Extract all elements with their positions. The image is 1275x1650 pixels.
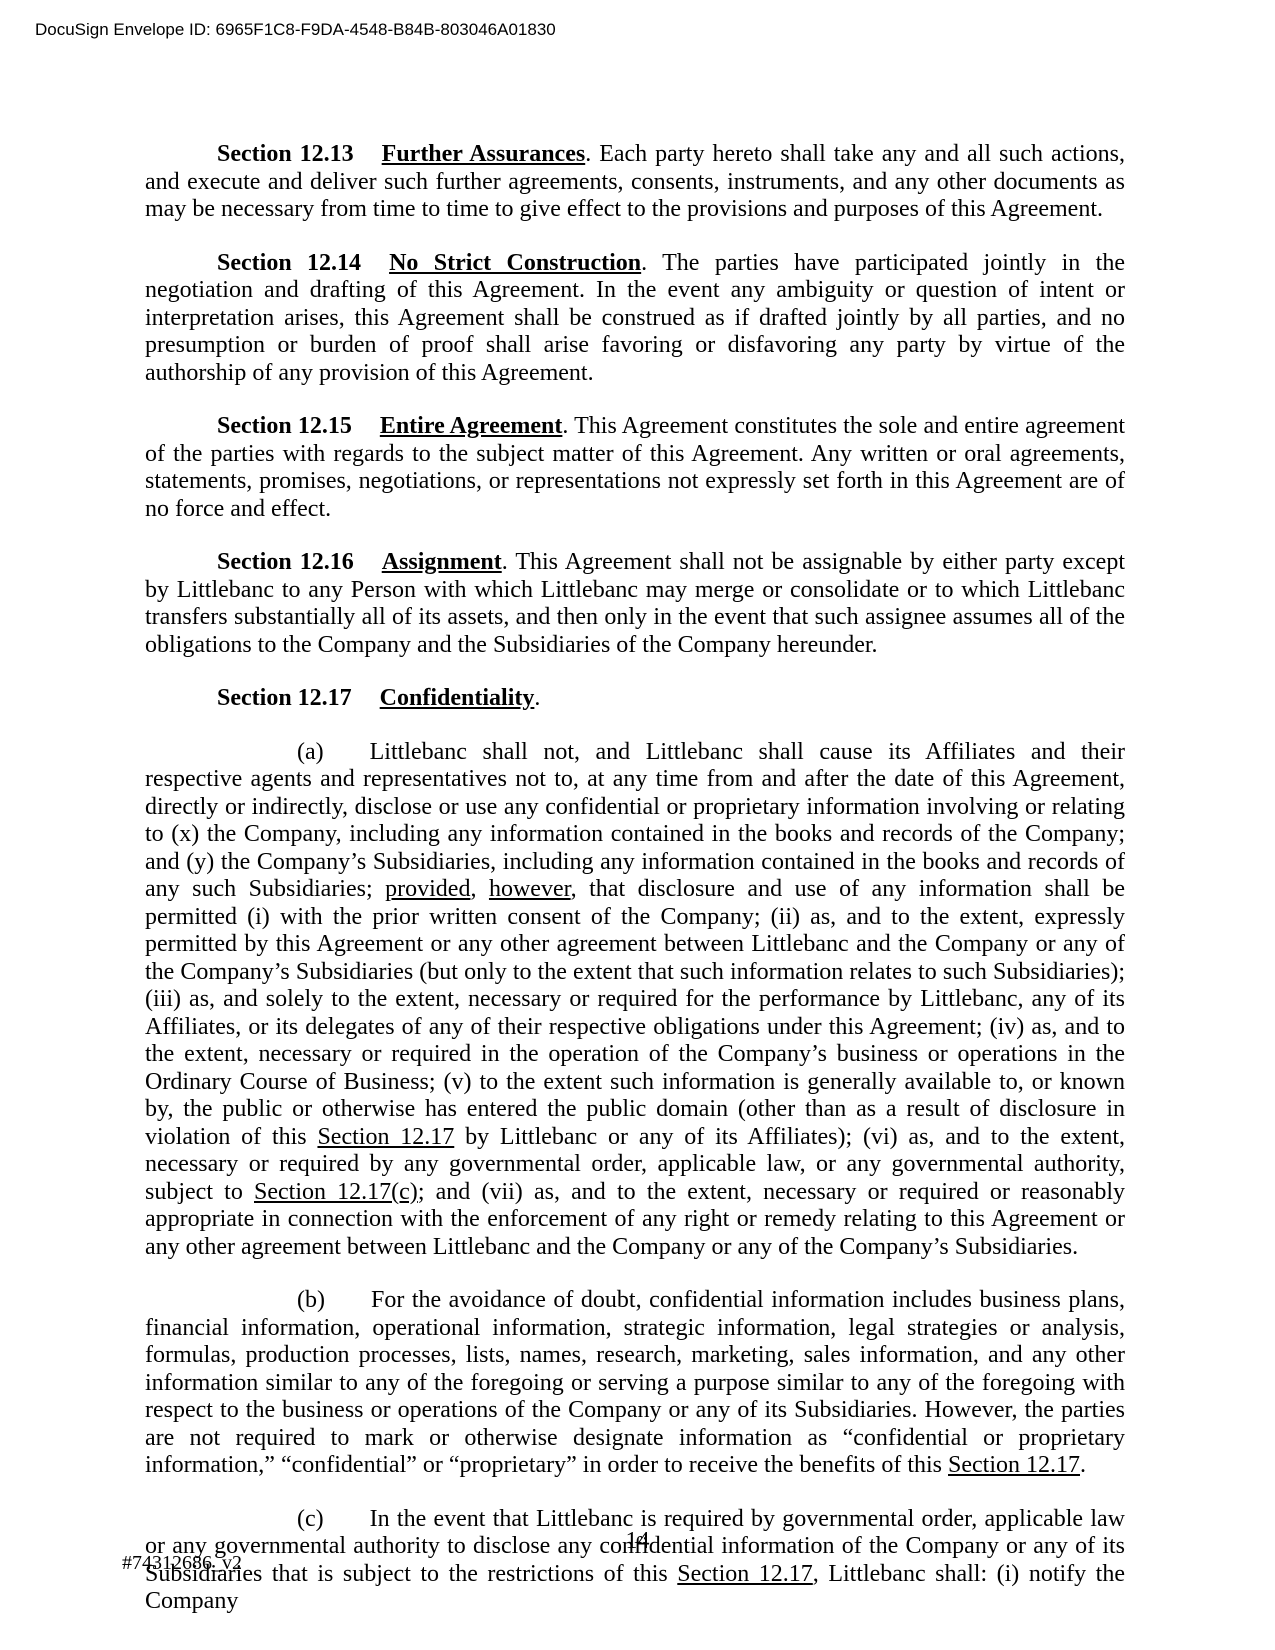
docusign-envelope-id: DocuSign Envelope ID: 6965F1C8-F9DA-4548… <box>35 20 556 40</box>
text-run: , that disclosure and use of any informa… <box>145 876 1125 1150</box>
section-paragraph-12-14: Section 12.14No Strict Construction. The… <box>145 250 1125 388</box>
section-paragraph-12-13: Section 12.13Further Assurances. Each pa… <box>145 141 1125 224</box>
section-text: . <box>534 685 540 711</box>
section-number: Section 12.17 <box>217 685 352 711</box>
section-paragraph-12-15: Section 12.15Entire Agreement. This Agre… <box>145 413 1125 523</box>
subsection-label: (a) <box>297 739 324 765</box>
text-run: , <box>470 876 489 902</box>
page-number: 14 <box>0 1528 1275 1555</box>
subsection-paragraph-b: (b)For the avoidance of doubt, confident… <box>145 1287 1125 1480</box>
text-run: . <box>1080 1452 1086 1478</box>
text-run-underlined: Section 12.17 <box>317 1124 454 1150</box>
section-paragraph-12-16: Section 12.16Assignment. This Agreement … <box>145 549 1125 659</box>
document-page: DocuSign Envelope ID: 6965F1C8-F9DA-4548… <box>0 0 1275 1650</box>
section-heading: Assignment <box>382 549 502 575</box>
section-number: Section 12.16 <box>217 549 354 575</box>
text-run: For the avoidance of doubt, confidential… <box>145 1287 1125 1478</box>
text-run-underlined: Section 12.17 <box>948 1452 1080 1478</box>
section-heading: No Strict Construction <box>389 250 641 276</box>
section-heading: Further Assurances <box>382 141 586 167</box>
subsection-paragraph-a: (a)Littlebanc shall not, and Littlebanc … <box>145 739 1125 1262</box>
text-run-underlined: provided <box>385 876 470 902</box>
section-heading: Entire Agreement <box>380 413 563 439</box>
subsection-label: (b) <box>297 1287 325 1313</box>
text-run-underlined: Section 12.17 <box>677 1561 813 1587</box>
section-number: Section 12.13 <box>217 141 354 167</box>
section-number: Section 12.15 <box>217 413 352 439</box>
section-paragraph-12-17: Section 12.17Confidentiality. <box>145 685 1125 713</box>
subsection-paragraph-c: (c)In the event that Littlebanc is requi… <box>145 1506 1125 1616</box>
document-reference-number: #74312686_v2 <box>122 1552 242 1575</box>
text-run-underlined: Section 12.17(c) <box>254 1179 418 1205</box>
section-number: Section 12.14 <box>217 250 361 276</box>
section-heading: Confidentiality <box>380 685 535 711</box>
text-run-underlined: however <box>489 876 571 902</box>
document-body: Section 12.13Further Assurances. Each pa… <box>145 141 1125 1642</box>
